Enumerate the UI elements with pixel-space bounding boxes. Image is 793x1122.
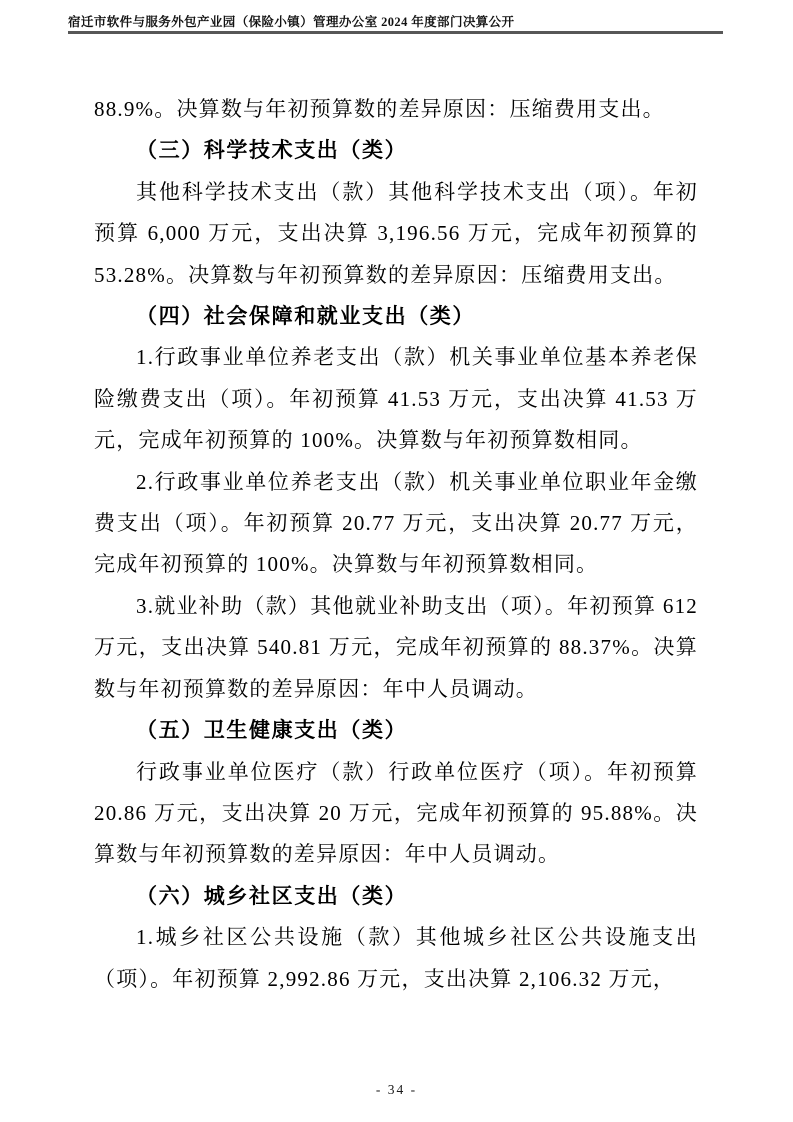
paragraph: 1.城乡社区公共设施（款）其他城乡社区公共设施支出（项）。年初预算 2,992.… bbox=[94, 917, 698, 1000]
section-heading-6: （六）城乡社区支出（类） bbox=[94, 876, 698, 917]
paragraph: 行政事业单位医疗（款）行政单位医疗（项）。年初预算 20.86 万元，支出决算 … bbox=[94, 752, 698, 876]
section-heading-5: （五）卫生健康支出（类） bbox=[94, 710, 698, 751]
document-page: 宿迁市软件与服务外包产业园（保险小镇）管理办公室 2024 年度部门决算公开 8… bbox=[0, 0, 793, 1122]
paragraph: 1.行政事业单位养老支出（款）机关事业单位基本养老保险缴费支出（项）。年初预算 … bbox=[94, 337, 698, 461]
header-rule bbox=[68, 31, 723, 34]
paragraph: 3.就业补助（款）其他就业补助支出（项）。年初预算 612 万元，支出决算 54… bbox=[94, 586, 698, 710]
paragraph: 2.行政事业单位养老支出（款）机关事业单位职业年金缴费支出（项）。年初预算 20… bbox=[94, 462, 698, 586]
running-header-title: 宿迁市软件与服务外包产业园（保险小镇）管理办公室 2024 年度部门决算公开 bbox=[68, 12, 728, 30]
section-heading-4: （四）社会保障和就业支出（类） bbox=[94, 296, 698, 337]
paragraph: 其他科学技术支出（款）其他科学技术支出（项）。年初预算 6,000 万元，支出决… bbox=[94, 172, 698, 296]
page-number: - 34 - bbox=[0, 1082, 793, 1098]
paragraph-continued: 88.9%。决算数与年初预算数的差异原因：压缩费用支出。 bbox=[94, 89, 698, 130]
document-body: 88.9%。决算数与年初预算数的差异原因：压缩费用支出。 （三）科学技术支出（类… bbox=[94, 89, 698, 1000]
section-heading-3: （三）科学技术支出（类） bbox=[94, 130, 698, 171]
